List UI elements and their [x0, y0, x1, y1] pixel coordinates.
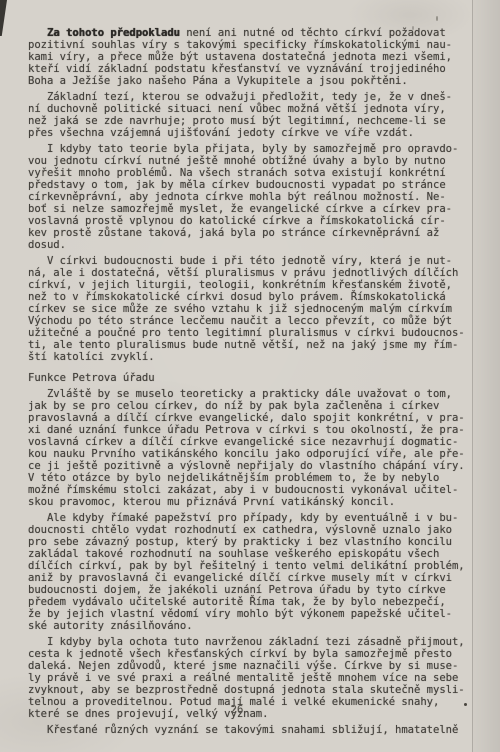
paragraph: V církvi budoucnosti bude i při této jed…	[28, 255, 488, 363]
paragraph: I kdyby tato teorie byla přijata, byly b…	[28, 143, 488, 251]
typewritten-text: Za tohoto předpokladu není ani nutné od …	[28, 27, 488, 736]
paragraph: Ale kdyby římaké papežství pro případy, …	[28, 512, 488, 632]
page-number: 26	[0, 704, 474, 716]
section-heading: Funkce Petrova úřadu	[28, 372, 488, 384]
paragraph: Základní tezí, kterou se odvažuji předlo…	[28, 91, 488, 139]
bold-lead-text: Za tohoto předpokladu	[47, 27, 180, 39]
paragraph: Za tohoto předpokladu není ani nutné od …	[28, 27, 488, 87]
paragraph: Křesťané různých vyznání se takovými sna…	[28, 724, 488, 736]
paragraph: Zvláště by se muselo teoreticky a prakti…	[28, 388, 488, 508]
scan-artifact-top-left	[0, 0, 7, 36]
ink-speck	[436, 16, 438, 21]
scanned-page: Za tohoto předpokladu není ani nutné od …	[0, 0, 500, 752]
